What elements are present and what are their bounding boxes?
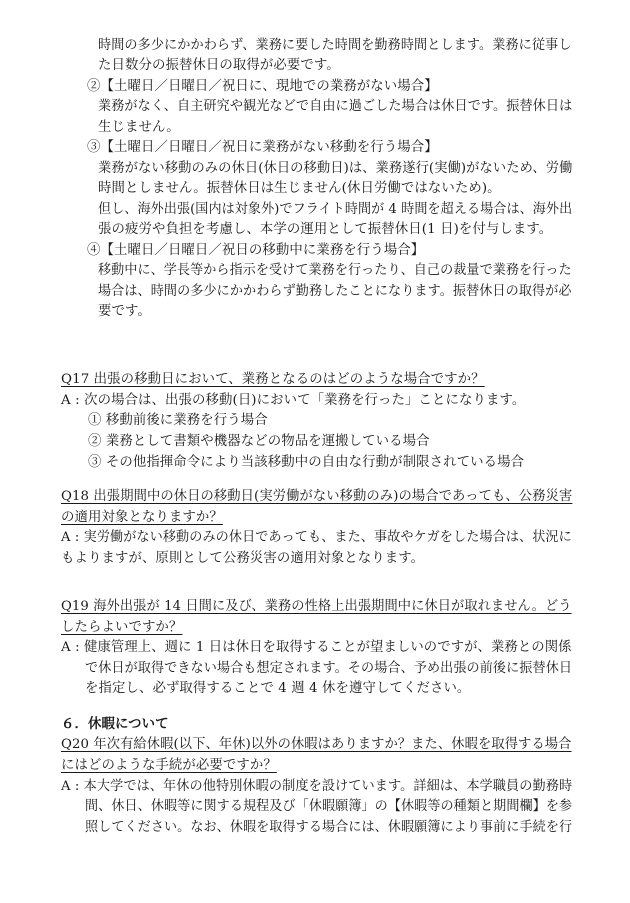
q17-item-3: ③ その他指揮命令により当該移動中の自由な行動が制限されている場合 — [88, 453, 524, 473]
q18-answer: A : 実労働がない移動のみの休日であっても、また、事故やケガをした場合は、状況… — [61, 528, 572, 548]
body-text-line: 張の疲労や負担を考慮し、本学の運用として振替休日(1 日)を付与します。 — [98, 220, 552, 240]
q20-question: Q20 年次有給休暇(以下、年休)以外の休暇はありますか？また、休暇を取得する場… — [61, 735, 572, 755]
q19-question: したらよいですか？ — [61, 618, 182, 638]
q18-question: Q18 出張期間中の休日の移動日(実労働がない移動のみ)の場合であっても、公務災… — [61, 487, 572, 507]
q17-question: Q17 出張の移動日において、業務となるのはどのような場合ですか？ — [61, 370, 485, 390]
body-text-line: 但し、海外出張(国内は対象外)でフライト時間が 4 時間を超える場合は、海外出 — [98, 200, 572, 220]
q19-question: Q19 海外出張が 14 日間に及び、業務の性格上出張期間中に休日が取れません。… — [61, 597, 572, 617]
body-text-line: 時間の多少にかかわらず、業務に要した時間を勤務時間とします。業務に従事し — [98, 36, 572, 56]
q20-answer: 照してください。なお、休暇を取得する場合には、休暇願簿により事前に手続を行 — [85, 818, 572, 838]
q19-answer: で休日が取得できない場合も想定されます。その場合、予め出張の前後に振替休日 — [85, 659, 572, 679]
case-2-title: ②【土曜日／日曜日／祝日に、現地での業務がない場合】 — [87, 77, 438, 97]
q17-item-2: ② 業務として書類や機器などの物品を運搬している場合 — [88, 432, 430, 452]
body-text-line: た日数分の振替休日の取得が必要です。 — [98, 56, 340, 76]
q20-answer: A : 本大学では、年休の他特別休暇の制度を設けています。詳細は、本学職員の勤務… — [61, 777, 572, 797]
body-text-line: 時間としません。振替休日は生じません(休日労働ではないため)。 — [98, 179, 501, 199]
q19-answer: を指定し、必ず取得することで 4 週 4 休を遵守してください。 — [85, 679, 470, 699]
section-heading: ６．休暇について — [61, 715, 169, 735]
case-4-title: ④【土曜日／日曜日／祝日の移動中に業務を行う場合】 — [87, 241, 424, 261]
q19-answer: A : 健康管理上、週に 1 日は休日を取得することが望ましいのですが、業務との… — [61, 638, 572, 658]
q18-question: の適用対象となりますか？ — [61, 508, 223, 528]
body-text-line: 要です。 — [98, 302, 151, 322]
q20-question: にはどのような手続が必要ですか？ — [61, 756, 277, 776]
case-3-title: ③【土曜日／日曜日／祝日に業務がない移動を行う場合】 — [87, 138, 438, 158]
body-text-line: 移動中に、学長等から指示を受けて業務を行ったり、自己の裁量で業務を行った — [98, 261, 572, 281]
body-text-line: 業務がなく、自主研究や観光などで自由に過ごした場合は休日です。振替休日は — [98, 97, 572, 117]
body-text-line: 場合は、時間の多少にかかわらず勤務したことになります。振替休日の取得が必 — [98, 282, 572, 302]
q20-answer: 間、休日、休暇等に関する規程及び「休暇願簿」の【休暇等の種類と期間欄】を参 — [85, 797, 572, 817]
body-text-line: 業務がない移動のみの休日(休日の移動日)は、業務遂行(実働)がないため、労働 — [98, 159, 572, 179]
body-text-line: 生じません。 — [98, 118, 180, 138]
q18-answer: もよりますが、原則として公務災害の適用対象となります。 — [61, 549, 424, 569]
q17-answer: A : 次の場合は、出張の移動(日)において「業務を行った」ことになります。 — [61, 391, 525, 411]
q17-item-1: ① 移動前後に業務を行う場合 — [88, 411, 268, 431]
